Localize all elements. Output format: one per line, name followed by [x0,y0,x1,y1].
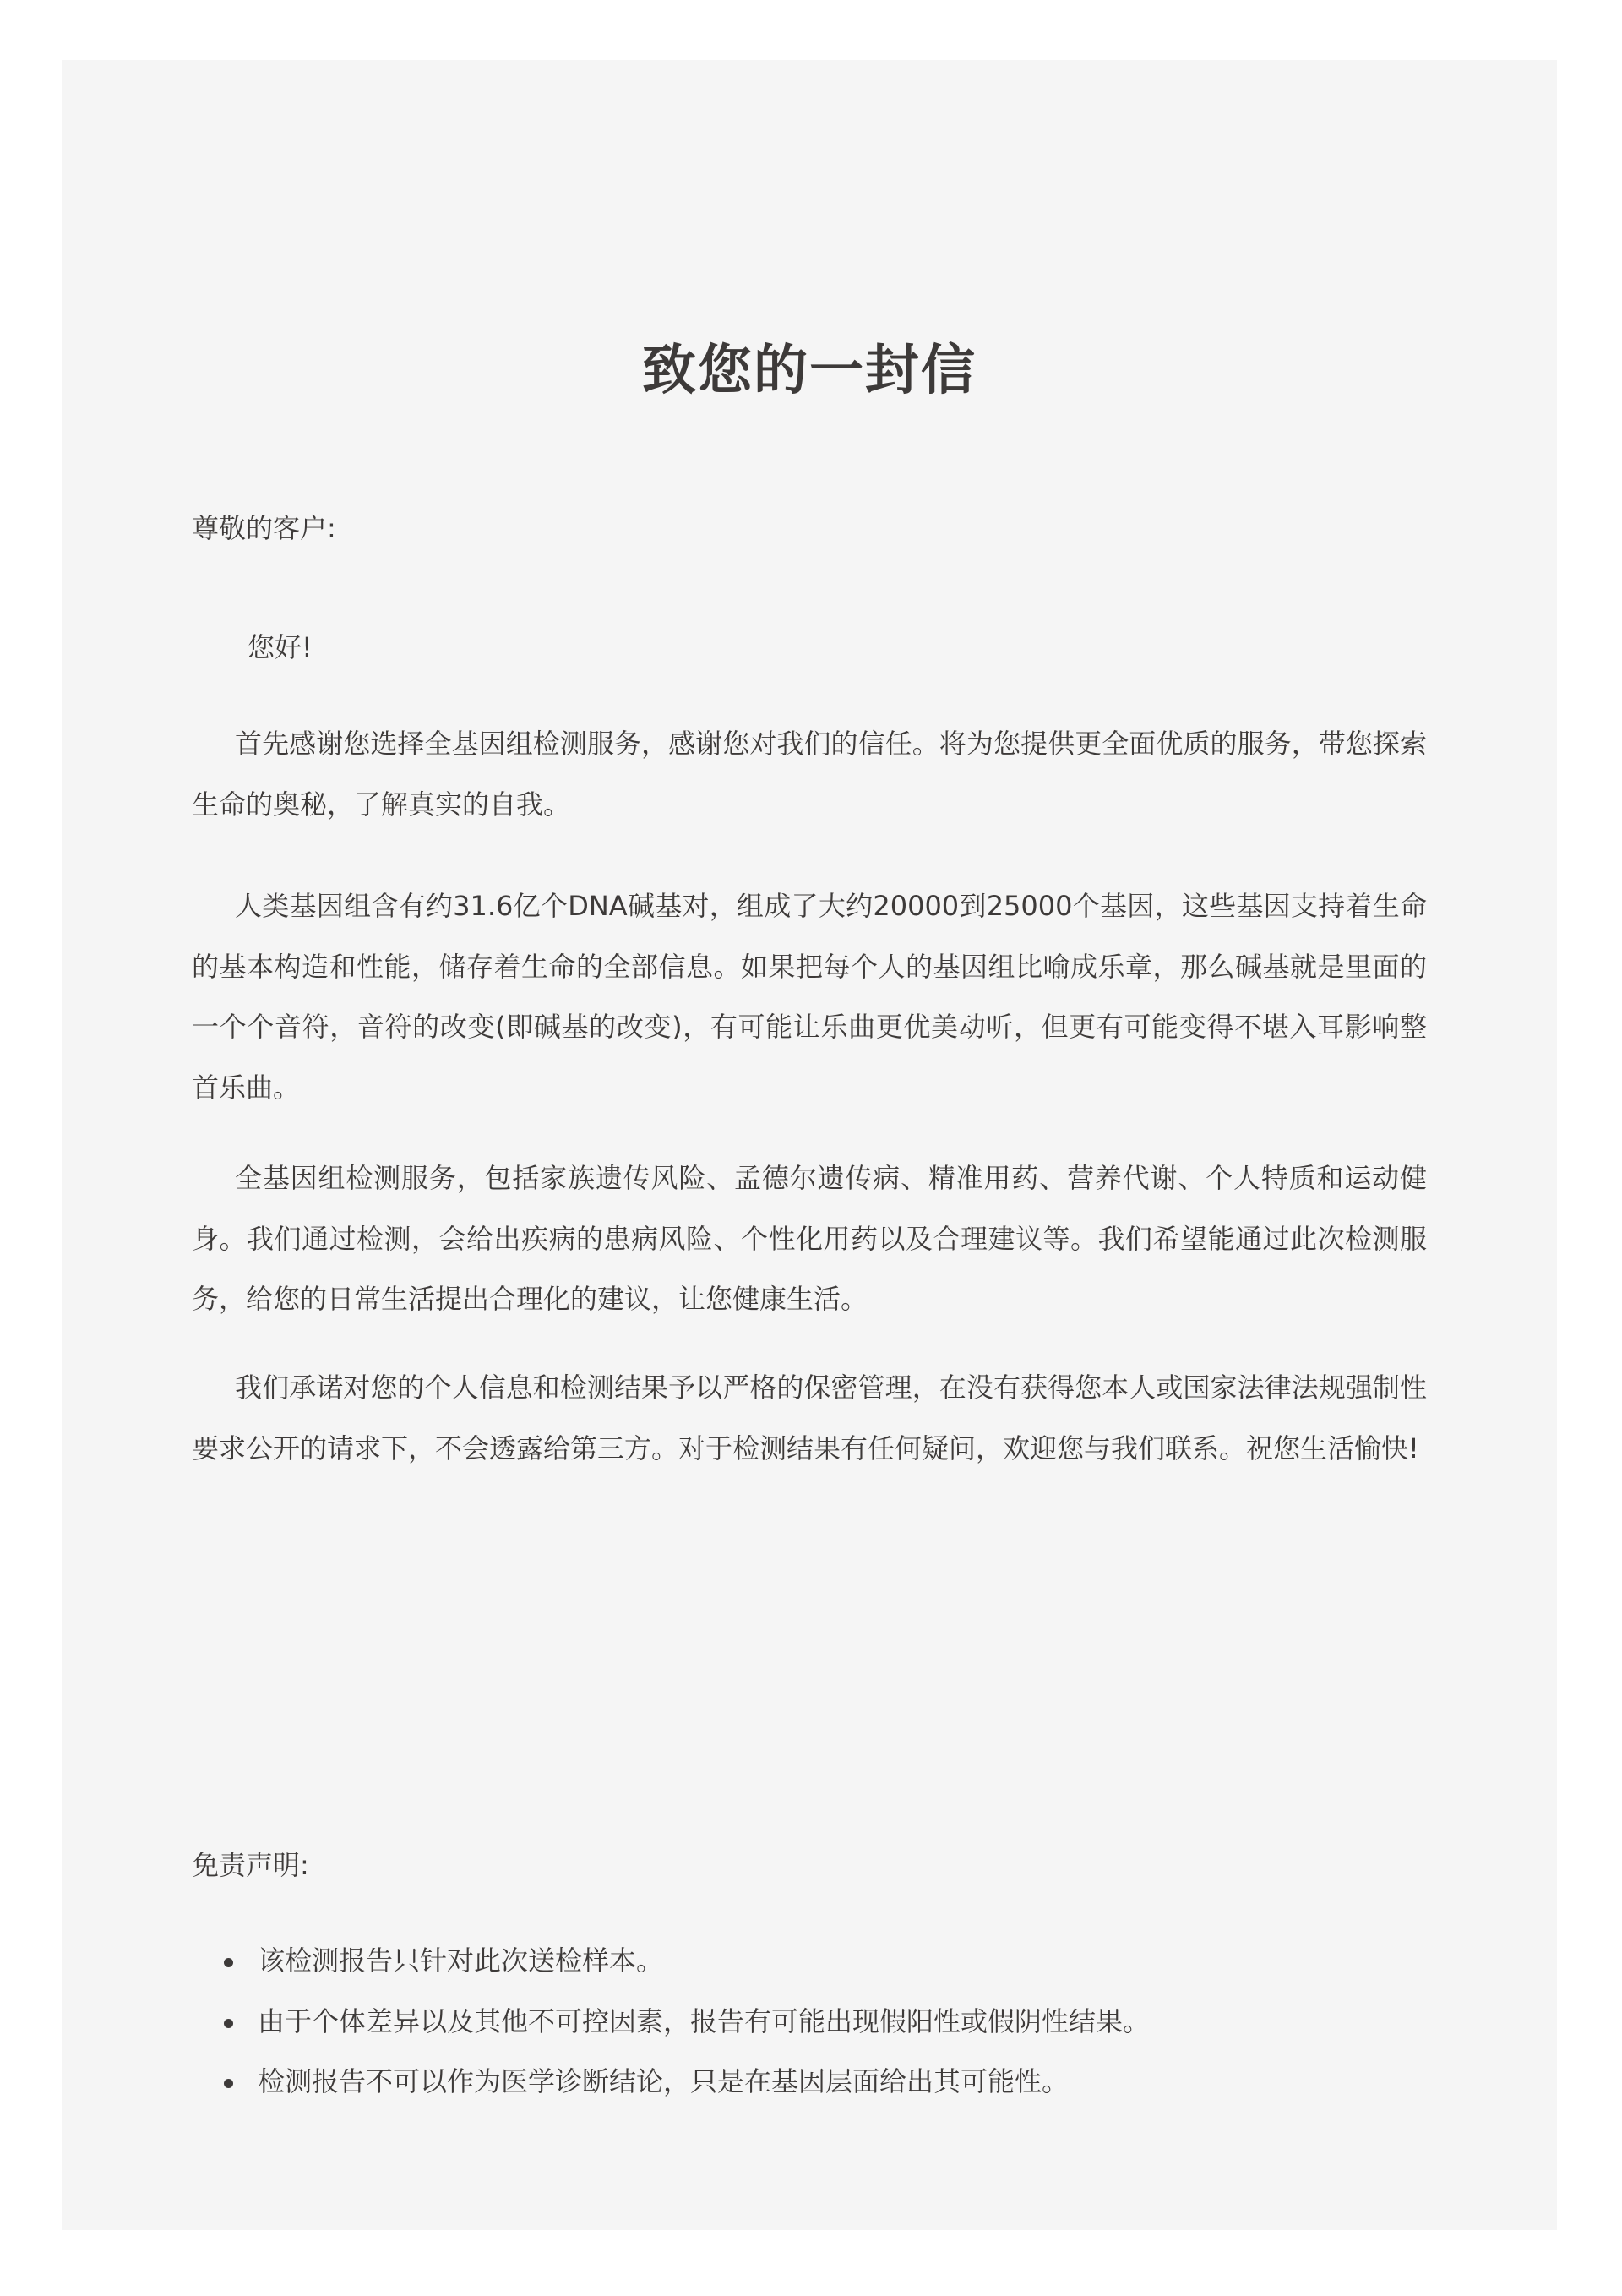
disclaimer-list: 该检测报告只针对此次送检样本。 由于个体差异以及其他不可控因素，报告有可能出现假… [192,1931,1150,2113]
paragraph-intro: 首先感谢您选择全基因组检测服务，感谢您对我们的信任。将为您提供更全面优质的服务，… [192,714,1427,835]
bullet-icon [224,2079,233,2088]
paragraph-services: 全基因组检测服务，包括家族遗传风险、孟德尔遗传病、精准用药、营养代谢、个人特质和… [192,1148,1427,1330]
bullet-icon [224,2019,233,2028]
disclaimer-item: 检测报告不可以作为医学诊断结论，只是在基因层面给出其可能性。 [192,2052,1150,2113]
bullet-icon [224,1958,233,1967]
disclaimer-item: 由于个体差异以及其他不可控因素，报告有可能出现假阳性或假阴性结果。 [192,1992,1150,2053]
salutation: 尊敬的客户: [192,503,336,554]
disclaimer-item: 该检测报告只针对此次送检样本。 [192,1931,1150,1992]
disclaimer-item-text: 该检测报告只针对此次送检样本。 [258,1944,663,1977]
letter-page: 致您的一封信 尊敬的客户: 您好! 首先感谢您选择全基因组检测服务，感谢您对我们… [62,60,1557,2230]
greeting: 您好! [248,622,313,673]
paragraph-genome: 人类基因组含有约31.6亿个DNA碱基对，组成了大约20000到25000个基因… [192,876,1427,1118]
disclaimer-item-text: 检测报告不可以作为医学诊断结论，只是在基因层面给出其可能性。 [258,2065,1069,2097]
disclaimer-item-text: 由于个体差异以及其他不可控因素，报告有可能出现假阳性或假阴性结果。 [258,2005,1150,2037]
paragraph-privacy: 我们承诺对您的个人信息和检测结果予以严格的保密管理，在没有获得您本人或国家法律法… [192,1358,1427,1479]
disclaimer-title: 免责声明: [192,1840,309,1890]
letter-title: 致您的一封信 [62,333,1557,409]
